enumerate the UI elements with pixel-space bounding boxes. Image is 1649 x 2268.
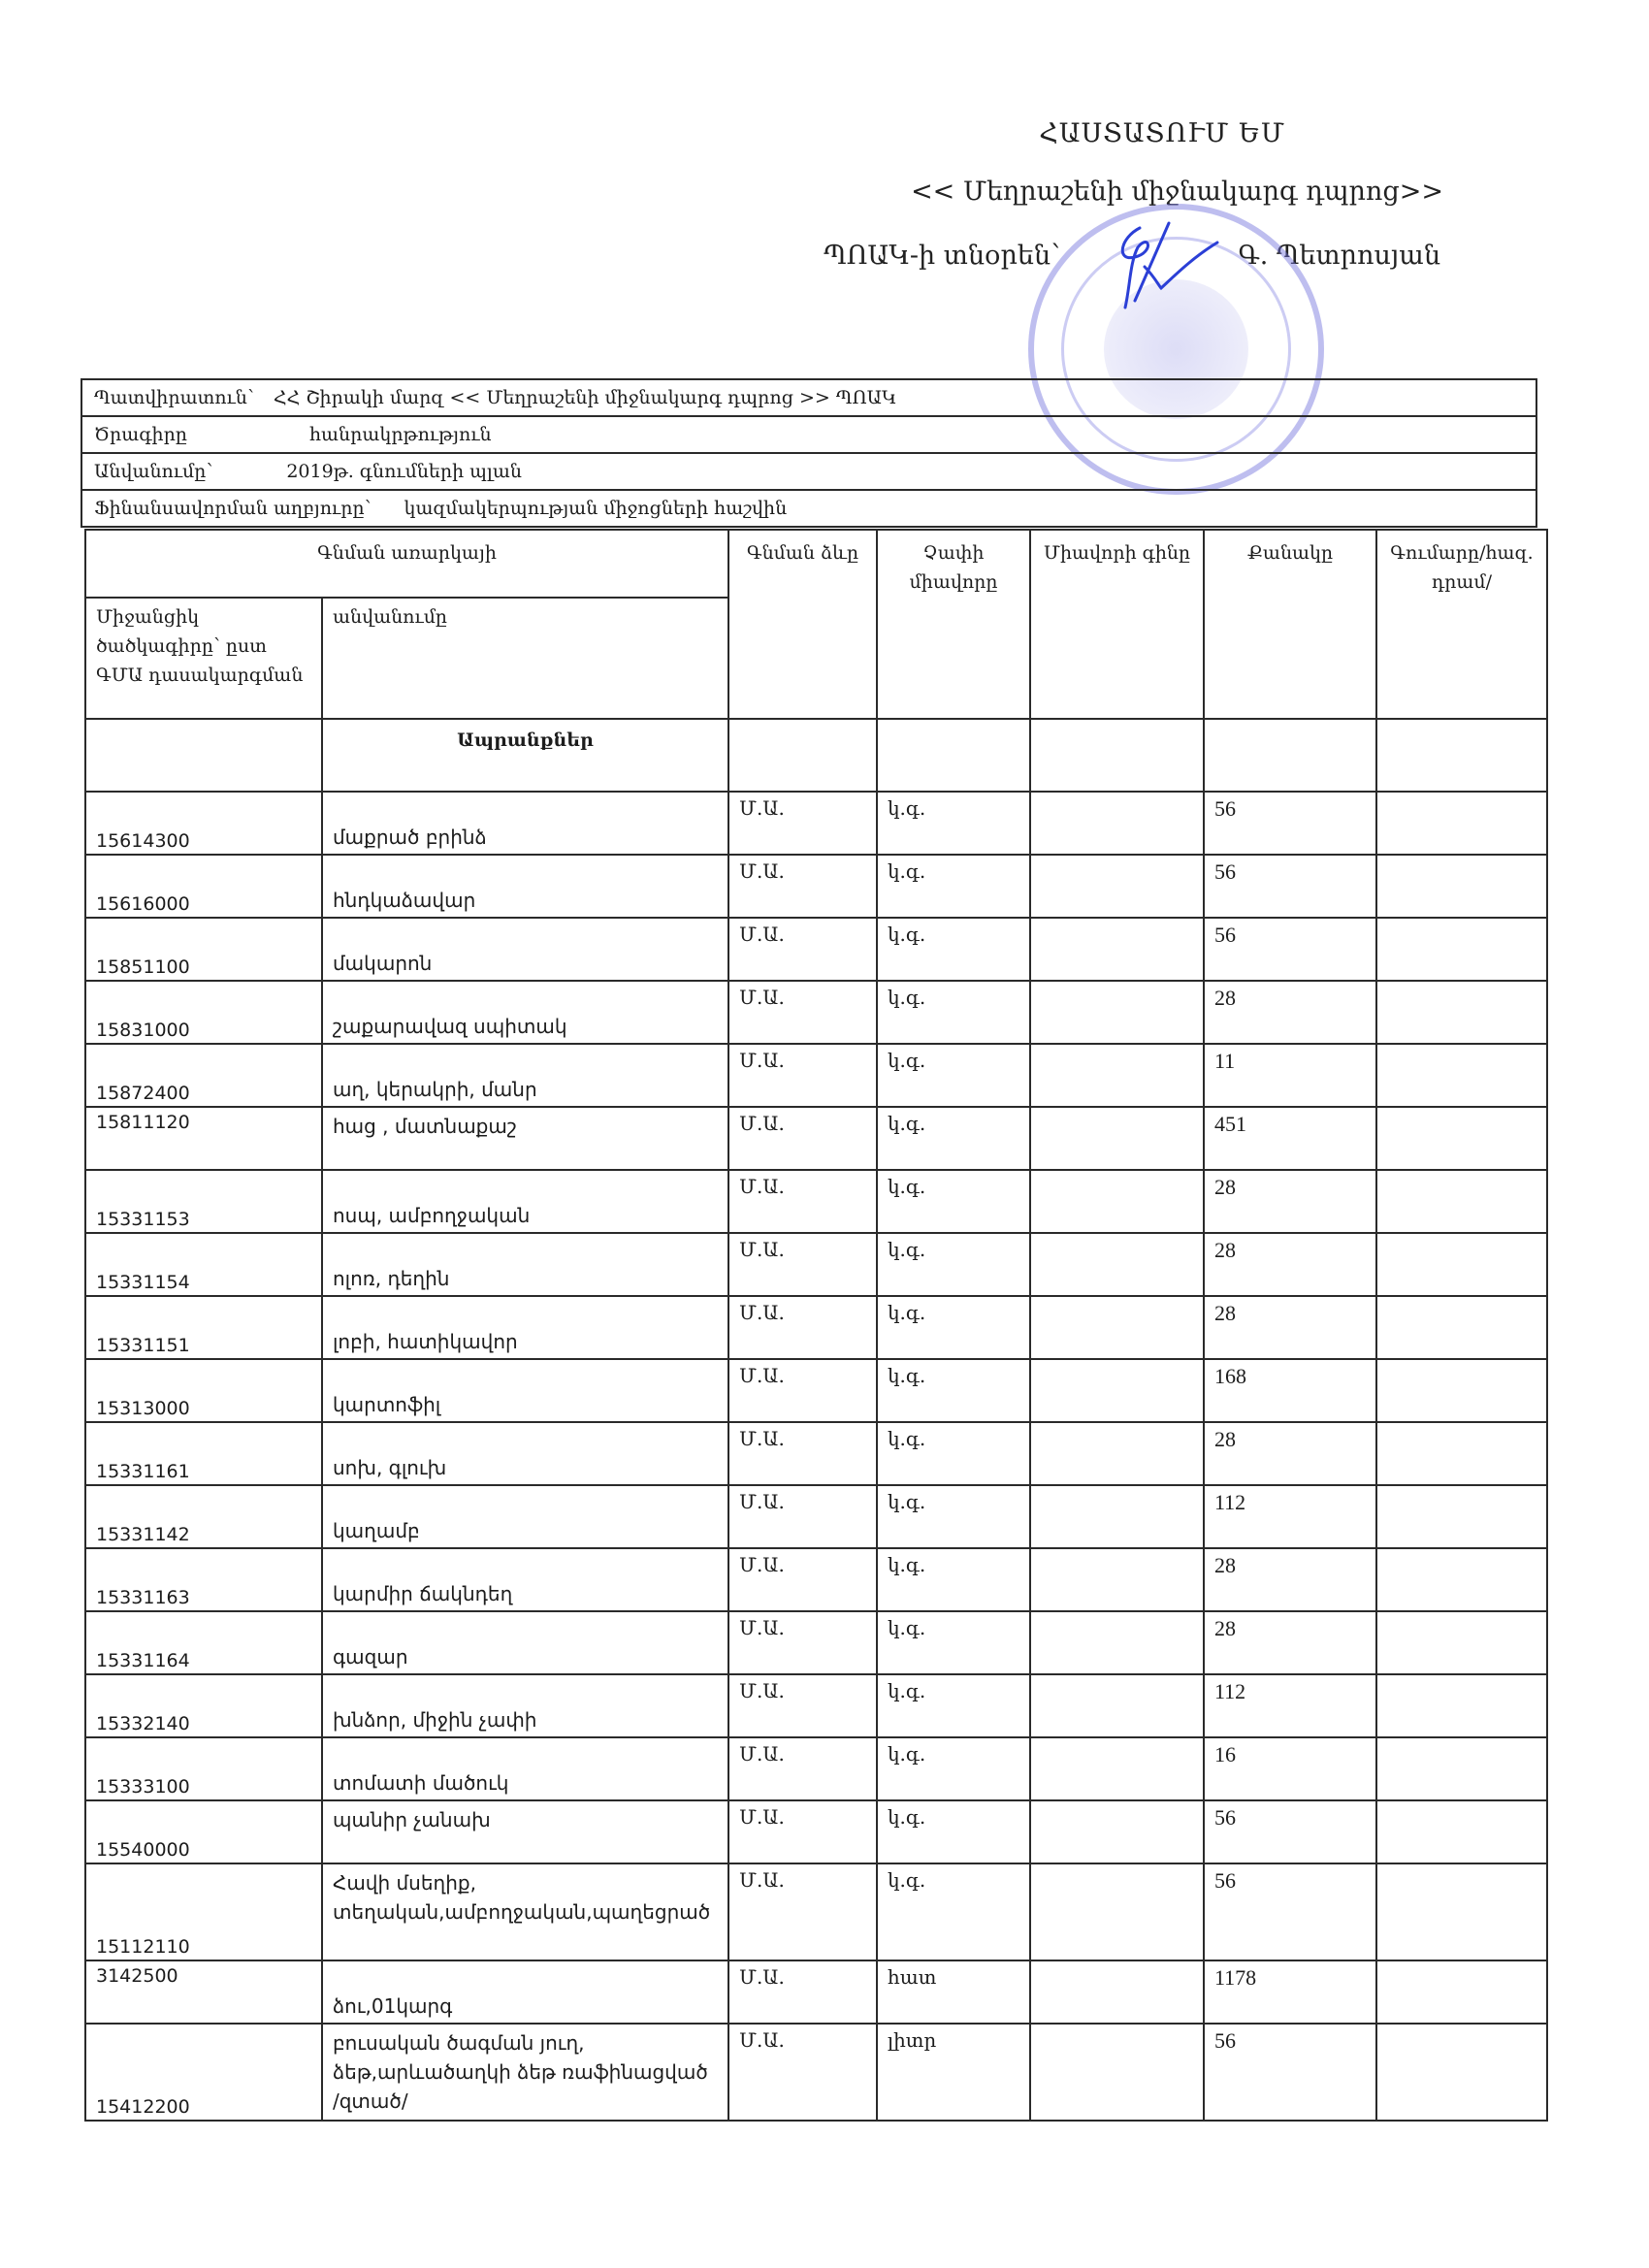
table-row: 15331142կաղամբՄ.Ա.կ.գ.112	[85, 1485, 1547, 1548]
item-unit: կ.գ.	[888, 923, 925, 946]
header-quantity: Քանակը	[1204, 530, 1376, 719]
item-code: 15331164	[96, 1650, 190, 1671]
item-name: մակարոն	[333, 949, 718, 978]
item-unit: կ.գ.	[888, 1175, 925, 1198]
item-unit: կ.գ.	[888, 859, 925, 883]
item-code: 15331163	[96, 1587, 190, 1608]
table-row: 15811120հաց , մատնաքաշՄ.Ա.կ.գ.451	[85, 1107, 1547, 1170]
table-row: 15333100տոմատի մածուկՄ.Ա.կ.գ.16	[85, 1737, 1547, 1800]
item-unit: կ.գ.	[888, 1364, 925, 1387]
item-name: մաքրած բրինձ	[333, 823, 718, 852]
signature-icon	[1101, 218, 1227, 315]
item-name: ոսպ, ամբողջական	[333, 1201, 718, 1230]
header-method: Գնման ձևը	[728, 530, 877, 719]
item-code: 15331161	[96, 1461, 190, 1482]
header-subject: Գնման առարկայի	[85, 530, 728, 598]
item-unit: կ.գ.	[888, 1301, 925, 1324]
table-row: 15112110Հավի մսեղիք, տեղական,ամբողջական,…	[85, 1863, 1547, 1960]
table-row: 15616000հնդկաձավարՄ.Ա.կ.գ.56	[85, 855, 1547, 918]
item-unit: կ.գ.	[888, 1553, 925, 1576]
item-code: 15331151	[96, 1335, 190, 1356]
item-name: բուսական ծագման յուղ, ձեթ,արևածաղկի ձեթ …	[333, 2028, 718, 2116]
approval-title: ՀԱՍՏԱՏՈՒՄ ԵՄ	[1039, 118, 1285, 148]
procurement-plan-table: Գնման առարկայի Գնման ձևը Չափի միավորը Մի…	[84, 529, 1548, 2122]
table-row: 15872400աղ, կերակրի, մանրՄ.Ա.կ.գ.11	[85, 1044, 1547, 1107]
table-row: 15851100մակարոնՄ.Ա.կ.գ.56	[85, 918, 1547, 981]
header-name: անվանումը	[322, 598, 728, 719]
item-unit: կ.գ.	[888, 1742, 925, 1766]
table-row: 15331161սոխ, գլուխՄ.Ա.կ.գ.28	[85, 1422, 1547, 1485]
item-method: Մ.Ա.	[739, 2028, 785, 2052]
item-quantity: 56	[1214, 2028, 1236, 2054]
item-method: Մ.Ա.	[739, 1112, 785, 1135]
header-unit-price: Միավորի գինը	[1030, 530, 1204, 719]
item-quantity: 16	[1214, 1742, 1236, 1767]
item-name: տոմատի մածուկ	[333, 1768, 718, 1798]
item-unit: կ.գ.	[888, 986, 925, 1009]
item-unit: կ.գ.	[888, 1805, 925, 1829]
item-method: Մ.Ա.	[739, 1175, 785, 1198]
item-method: Մ.Ա.	[739, 1490, 785, 1513]
meta-row-title: Անվանումը՝ 2019թ. գնումների պլան	[81, 453, 1536, 490]
table-row: 15540000պանիր չանախՄ.Ա.կ.գ.56	[85, 1800, 1547, 1863]
header-amount: Գումարը/հազ. դրամ/	[1376, 530, 1547, 719]
meta-label: Ֆինանսավորման աղբյուրը՝	[94, 498, 371, 519]
table-row: 15331151լոբի, հատիկավորՄ.Ա.կ.գ.28	[85, 1296, 1547, 1359]
item-quantity: 56	[1214, 859, 1236, 885]
item-quantity: 28	[1214, 986, 1236, 1011]
item-unit: լիտր	[888, 2028, 936, 2052]
item-unit: կ.գ.	[888, 1112, 925, 1135]
section-row: Ապրանքներ	[85, 719, 1547, 792]
item-name: կարմիր ճակնդեղ	[333, 1579, 718, 1608]
item-quantity: 28	[1214, 1238, 1236, 1263]
item-quantity: 1178	[1214, 1965, 1256, 1991]
item-name: խնձոր, միջին չափի	[333, 1705, 718, 1734]
item-code: 3142500	[96, 1965, 178, 1987]
item-code: 15112110	[96, 1936, 190, 1958]
item-quantity: 28	[1214, 1616, 1236, 1641]
item-code: 15331142	[96, 1524, 190, 1545]
item-code: 15851100	[96, 956, 190, 978]
table-row: 15331164գազարՄ.Ա.կ.գ.28	[85, 1611, 1547, 1674]
table-row: 3142500ձու,01կարգՄ.Ա.հատ1178	[85, 1960, 1547, 2024]
item-method: Մ.Ա.	[739, 923, 785, 946]
meta-value: կազմակերպության միջոցների հաշվին	[404, 498, 788, 519]
item-quantity: 56	[1214, 1868, 1236, 1894]
item-code: 15811120	[96, 1112, 190, 1133]
item-method: Մ.Ա.	[739, 1616, 785, 1639]
item-name: կաղամբ	[333, 1516, 718, 1545]
item-name: հաց , մատնաքաշ	[333, 1112, 718, 1141]
meta-value: 2019թ. գնումների պլան	[286, 461, 522, 482]
item-quantity: 56	[1214, 923, 1236, 948]
item-name: լոբի, հատիկավոր	[333, 1327, 718, 1356]
item-name: ոլոռ, դեղին	[333, 1264, 718, 1293]
item-method: Մ.Ա.	[739, 1679, 785, 1702]
item-method: Մ.Ա.	[739, 986, 785, 1009]
item-quantity: 28	[1214, 1175, 1236, 1200]
item-quantity: 56	[1214, 1805, 1236, 1831]
item-unit: կ.գ.	[888, 1616, 925, 1639]
item-unit: կ.գ.	[888, 1238, 925, 1261]
item-name: գազար	[333, 1642, 718, 1671]
item-unit: կ.գ.	[888, 1049, 925, 1072]
item-name: կարտոֆիլ	[333, 1390, 718, 1419]
item-unit: կ.գ.	[888, 1679, 925, 1702]
director-label: ՊՈԱԿ-ի տնօրեն՝	[824, 241, 1060, 271]
meta-value: հանրակրթություն	[309, 424, 492, 445]
item-code: 15831000	[96, 1020, 190, 1041]
table-row: 15831000շաքարավազ սպիտակՄ.Ա.կ.գ.28	[85, 981, 1547, 1044]
meta-label: Անվանումը՝	[94, 461, 212, 482]
item-unit: կ.գ.	[888, 1490, 925, 1513]
item-code: 15313000	[96, 1398, 190, 1419]
item-name: պանիր չանախ	[333, 1805, 718, 1834]
item-method: Մ.Ա.	[739, 1238, 785, 1261]
item-method: Մ.Ա.	[739, 796, 785, 820]
item-method: Մ.Ա.	[739, 1965, 785, 1989]
item-quantity: 112	[1214, 1679, 1245, 1704]
meta-label: Պատվիրատուն՝	[94, 387, 254, 408]
item-unit: հատ	[888, 1965, 936, 1989]
item-unit: կ.գ.	[888, 1427, 925, 1450]
item-code: 15331154	[96, 1272, 190, 1293]
item-method: Մ.Ա.	[739, 859, 785, 883]
item-method: Մ.Ա.	[739, 1868, 785, 1892]
header-code: Միջանցիկ ծածկագիրը՝ ըստ ԳՄԱ դասակարգման	[85, 598, 322, 719]
item-code: 15331153	[96, 1209, 190, 1230]
approval-school-name: << Մեղրաշենի միջնակարգ դպրոց>>	[911, 177, 1443, 207]
header-unit: Չափի միավորը	[877, 530, 1030, 719]
item-code: 15333100	[96, 1776, 190, 1798]
meta-row-program: Ծրագիրը հանրակրթություն	[81, 416, 1536, 453]
item-name: հնդկաձավար	[333, 886, 718, 915]
meta-value: ՀՀ Շիրակի մարզ << Մեղրաշենի միջնակարգ դպ…	[274, 387, 896, 408]
item-method: Մ.Ա.	[739, 1049, 785, 1072]
item-code: 15412200	[96, 2096, 190, 2118]
item-unit: կ.գ.	[888, 796, 925, 820]
item-name: Հավի մսեղիք, տեղական,ամբողջական,պաղեցրած	[333, 1868, 718, 1927]
meta-row-funding: Ֆինանսավորման աղբյուրը՝ կազմակերպության …	[81, 490, 1536, 527]
item-code: 15614300	[96, 830, 190, 852]
meta-label: Ծրագիրը	[94, 424, 187, 445]
item-method: Մ.Ա.	[739, 1301, 785, 1324]
table-row: 15614300մաքրած բրինձՄ.Ա.կ.գ.56	[85, 792, 1547, 855]
table-row: 15412200բուսական ծագման յուղ, ձեթ,արևածա…	[85, 2024, 1547, 2121]
item-quantity: 11	[1214, 1049, 1235, 1074]
item-name: աղ, կերակրի, մանր	[333, 1075, 718, 1104]
item-code: 15332140	[96, 1713, 190, 1734]
item-quantity: 168	[1214, 1364, 1246, 1389]
item-quantity: 28	[1214, 1553, 1236, 1578]
item-code: 15872400	[96, 1083, 190, 1104]
table-row: 15331154ոլոռ, դեղինՄ.Ա.կ.գ.28	[85, 1233, 1547, 1296]
item-code: 15616000	[96, 893, 190, 915]
item-method: Մ.Ա.	[739, 1553, 785, 1576]
section-title: Ապրանքներ	[322, 719, 728, 792]
item-quantity: 28	[1214, 1427, 1236, 1452]
item-quantity: 451	[1214, 1112, 1246, 1137]
table-row: 15331153ոսպ, ամբողջականՄ.Ա.կ.գ.28	[85, 1170, 1547, 1233]
item-quantity: 112	[1214, 1490, 1245, 1515]
table-header-row: Գնման առարկայի Գնման ձևը Չափի միավորը Մի…	[85, 530, 1547, 598]
meta-row-customer: Պատվիրատուն՝ ՀՀ Շիրակի մարզ << Մեղրաշենի…	[81, 379, 1536, 416]
item-quantity: 28	[1214, 1301, 1236, 1326]
item-method: Մ.Ա.	[739, 1805, 785, 1829]
item-unit: կ.գ.	[888, 1868, 925, 1892]
item-name: սոխ, գլուխ	[333, 1453, 718, 1482]
item-code: 15540000	[96, 1839, 190, 1861]
item-name: ձու,01կարգ	[333, 1992, 718, 2021]
item-method: Մ.Ա.	[739, 1427, 785, 1450]
item-method: Մ.Ա.	[739, 1742, 785, 1766]
table-row: 15331163կարմիր ճակնդեղՄ.Ա.կ.գ.28	[85, 1548, 1547, 1611]
item-name: շաքարավազ սպիտակ	[333, 1012, 718, 1041]
item-quantity: 56	[1214, 796, 1236, 822]
table-row: 15332140խնձոր, միջին չափիՄ.Ա.կ.գ.112	[85, 1674, 1547, 1737]
item-method: Մ.Ա.	[739, 1364, 785, 1387]
document-meta-table: Պատվիրատուն՝ ՀՀ Շիրակի մարզ << Մեղրաշենի…	[81, 378, 1537, 528]
table-row: 15313000կարտոֆիլՄ.Ա.կ.գ.168	[85, 1359, 1547, 1422]
